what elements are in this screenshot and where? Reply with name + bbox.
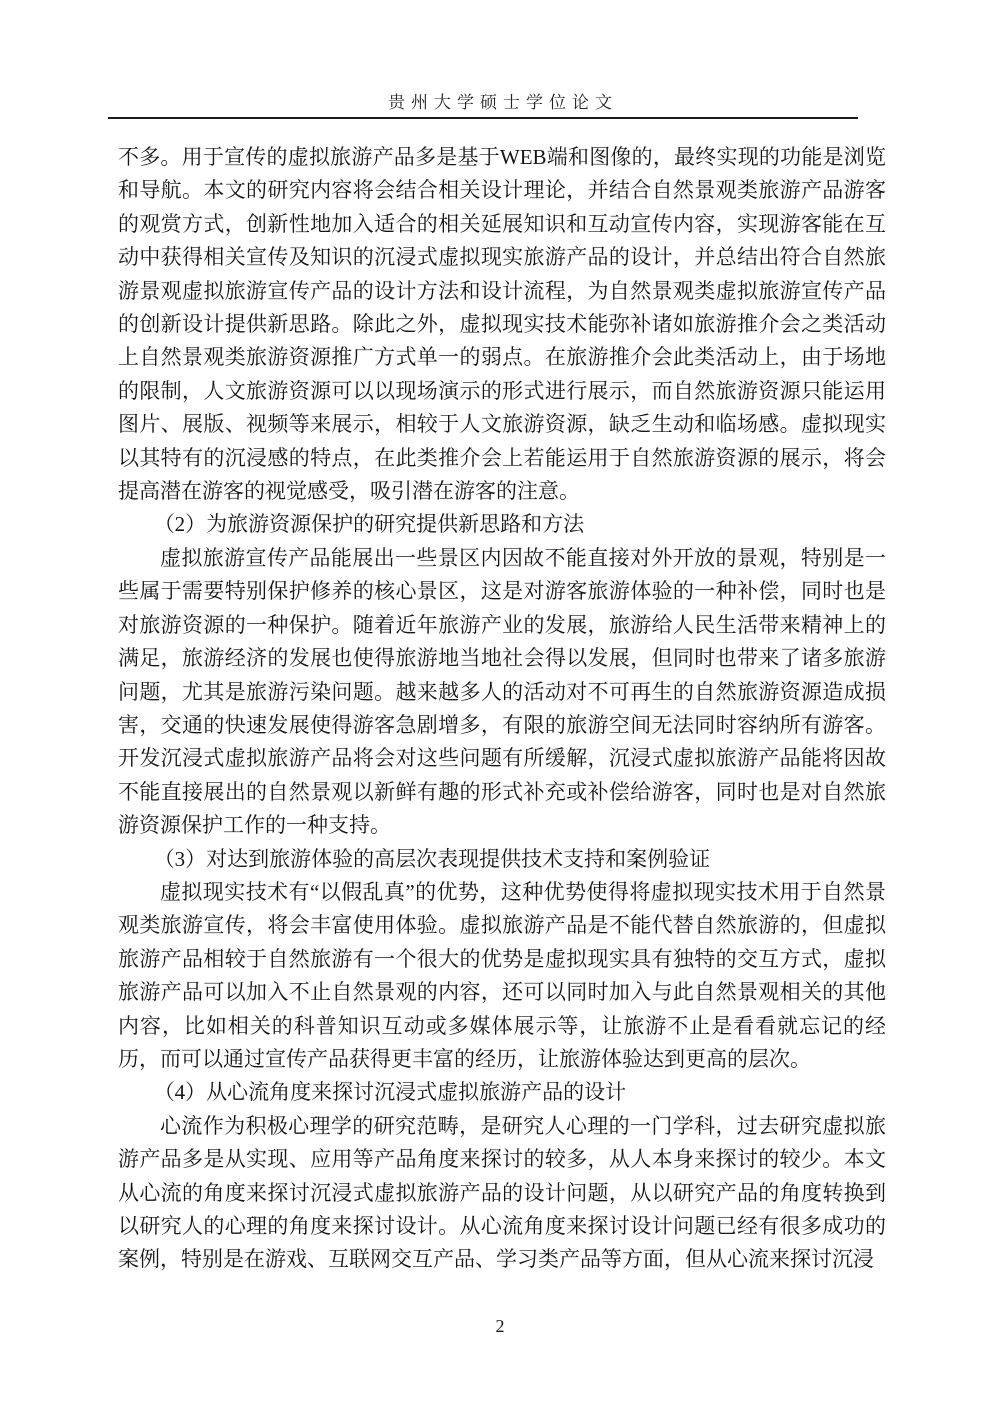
- thesis-page: 贵州大学硕士学位论文 不多。用于宣传的虚拟旅游产品多是基于WEB端和图像的，最终…: [0, 0, 1000, 1414]
- page-number: 2: [496, 1316, 505, 1336]
- thesis-body: 不多。用于宣传的虚拟旅游产品多是基于WEB端和图像的，最终实现的功能是浏览和导航…: [118, 141, 886, 1277]
- contribution-4-heading: （4）从心流角度来探讨沉浸式虚拟旅游产品的设计: [118, 1076, 886, 1109]
- contribution-2-heading: （2）为旅游资源保护的研究提供新思路和方法: [118, 508, 886, 541]
- contribution-3-heading: （3）对达到旅游体验的高层次表现提供技术支持和案例验证: [118, 843, 886, 876]
- contribution-4-body: 心流作为积极心理学的研究范畴，是研究人心理的一门学科，过去研究虚拟旅游产品多是从…: [118, 1110, 886, 1277]
- page-header-title: 贵州大学硕士学位论文: [382, 88, 618, 113]
- page-header: 贵州大学硕士学位论文: [0, 88, 1000, 113]
- paragraph-continuation: 不多。用于宣传的虚拟旅游产品多是基于WEB端和图像的，最终实现的功能是浏览和导航…: [118, 141, 886, 508]
- contribution-3-body: 虚拟现实技术有“以假乱真”的优势，这种优势使得将虚拟现实技术用于自然景观类旅游宣…: [118, 876, 886, 1076]
- header-rule: [108, 117, 858, 119]
- page-footer: 2: [0, 1316, 1000, 1337]
- contribution-2-body: 虚拟旅游宣传产品能展出一些景区内因故不能直接对外开放的景观，特别是一些属于需要特…: [118, 542, 886, 843]
